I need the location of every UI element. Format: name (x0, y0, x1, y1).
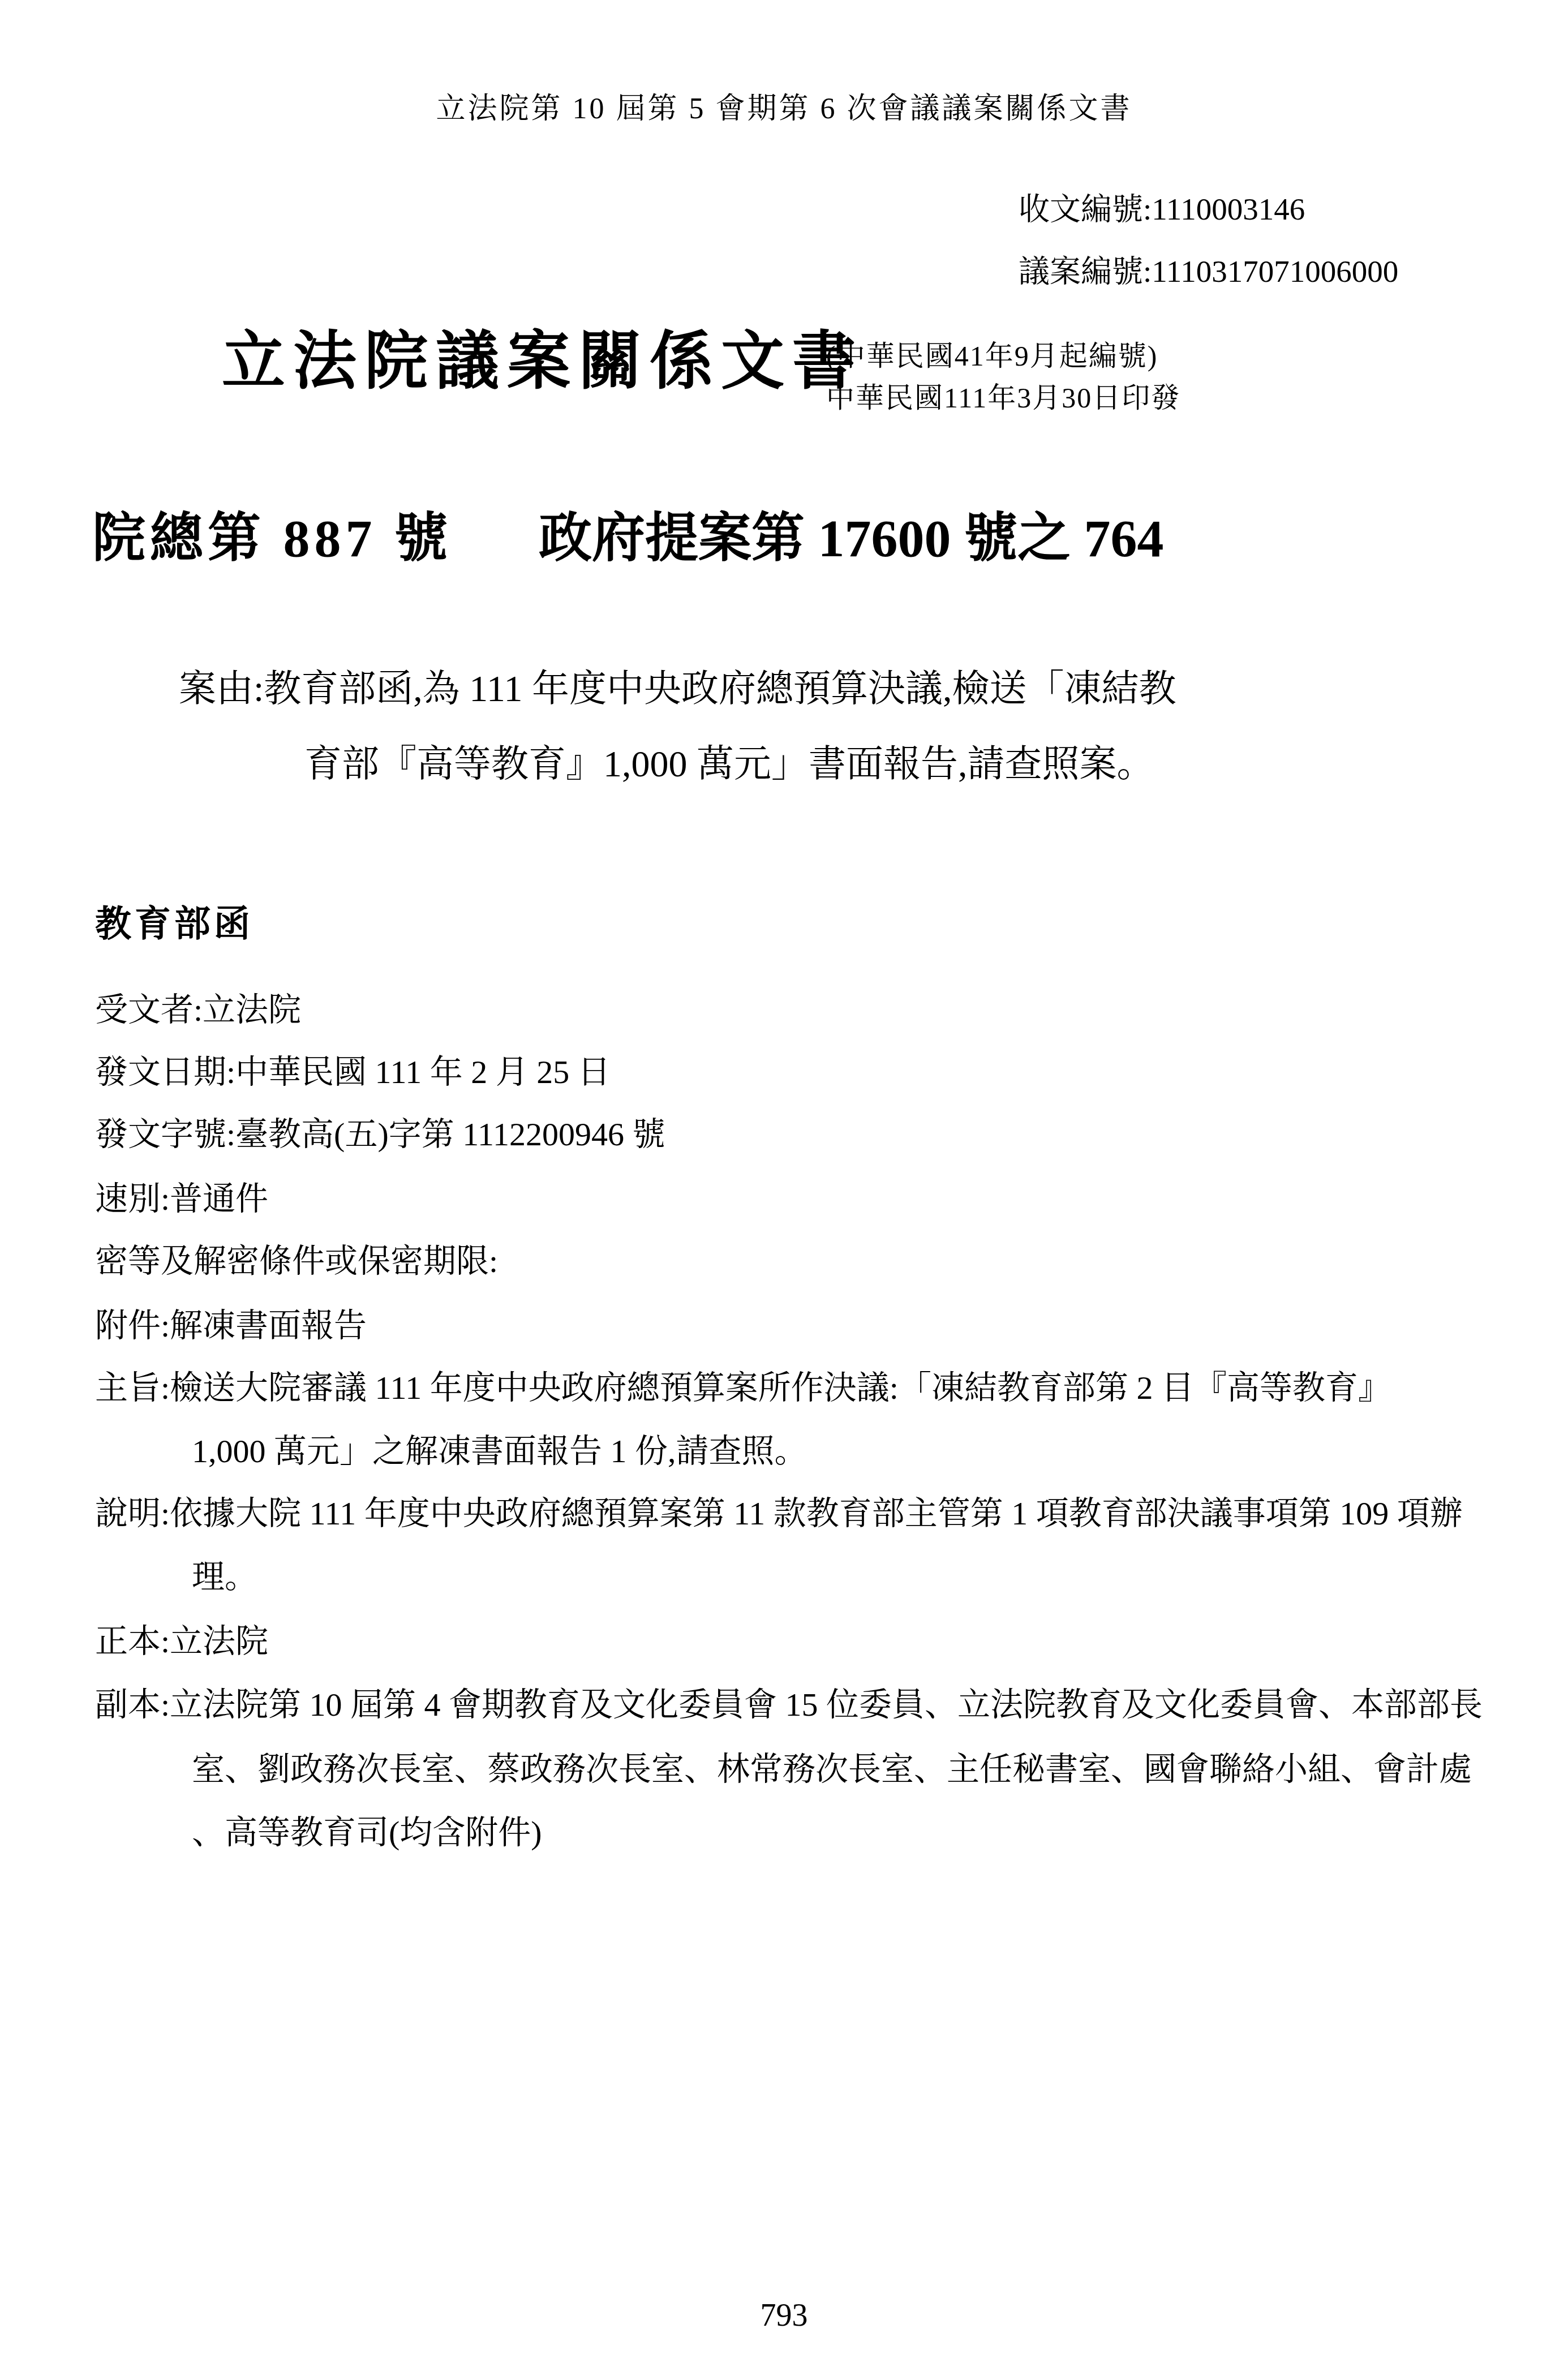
title-note-numbering: (中華民國41年9月起編號) (826, 335, 1180, 377)
yuan-case-number: 院總第 887 號 (92, 508, 452, 569)
document-page: 立法院第 10 屆第 5 會期第 6 次會議議案關係文書 收文編號:111000… (0, 0, 1568, 2367)
title-note-print-date: 中華民國111年3月30日印發 (826, 377, 1180, 419)
case-summary-line-2: 育部『高等教育』1,000 萬元」書面報告,請查照案。 (304, 743, 1154, 786)
recipient-line: 受文者:立法院 (95, 991, 301, 1029)
bill-number-label: 議案編號: (1019, 254, 1152, 289)
ref-number-line: 發文字號:臺教高(五)字第 1112200946 號 (95, 1116, 665, 1154)
subject-line-2: 1,000 萬元」之解凍書面報告 1 份,請查照。 (192, 1433, 807, 1471)
subject-line-1: 主旨:檢送大院審議 111 年度中央政府總預算案所作決議:「凍結教育部第 2 目… (95, 1369, 1391, 1407)
page-number: 793 (761, 2297, 808, 2334)
receipt-number-label: 收文編號: (1019, 192, 1152, 226)
letter-heading: 教育部函 (95, 903, 254, 945)
cc-line-2: 室、劉政務次長室、蔡政務次長室、林常務次長室、主任秘書室、國會聯絡小組、會計處 (192, 1751, 1472, 1789)
security-line: 密等及解密條件或保密期限: (95, 1243, 498, 1281)
receipt-number-value: 1110003146 (1152, 192, 1305, 226)
original-copy-line: 正本:立法院 (95, 1623, 268, 1661)
gov-proposal-number: 政府提案第 17600 號之 764 (539, 508, 1164, 569)
explanation-line-2: 理。 (192, 1558, 257, 1596)
bill-number-value: 1110317071006000 (1152, 254, 1398, 289)
cc-line-3: 、高等教育司(均含附件) (192, 1814, 542, 1852)
receipt-number: 收文編號:1110003146 (1019, 191, 1305, 227)
case-summary-line-1: 案由:教育部函,為 111 年度中央政府總預算決議,檢送「凍結教 (179, 668, 1176, 711)
bill-number: 議案編號:1110317071006000 (1019, 254, 1398, 289)
cc-line-1: 副本:立法院第 10 屆第 4 會期教育及文化委員會 15 位委員、立法院教育及… (95, 1686, 1483, 1724)
header-line: 立法院第 10 屆第 5 會期第 6 次會議議案關係文書 (436, 92, 1132, 126)
title-notes: (中華民國41年9月起編號) 中華民國111年3月30日印發 (826, 335, 1180, 419)
explanation-line-1: 說明:依據大院 111 年度中央政府總預算案第 11 款教育部主管第 1 項教育… (95, 1495, 1463, 1533)
speed-line: 速別:普通件 (95, 1180, 268, 1218)
attachment-line: 附件:解凍書面報告 (95, 1307, 367, 1345)
document-title: 立法院議案關係文書 (222, 326, 864, 399)
send-date-line: 發文日期:中華民國 111 年 2 月 25 日 (95, 1054, 611, 1092)
